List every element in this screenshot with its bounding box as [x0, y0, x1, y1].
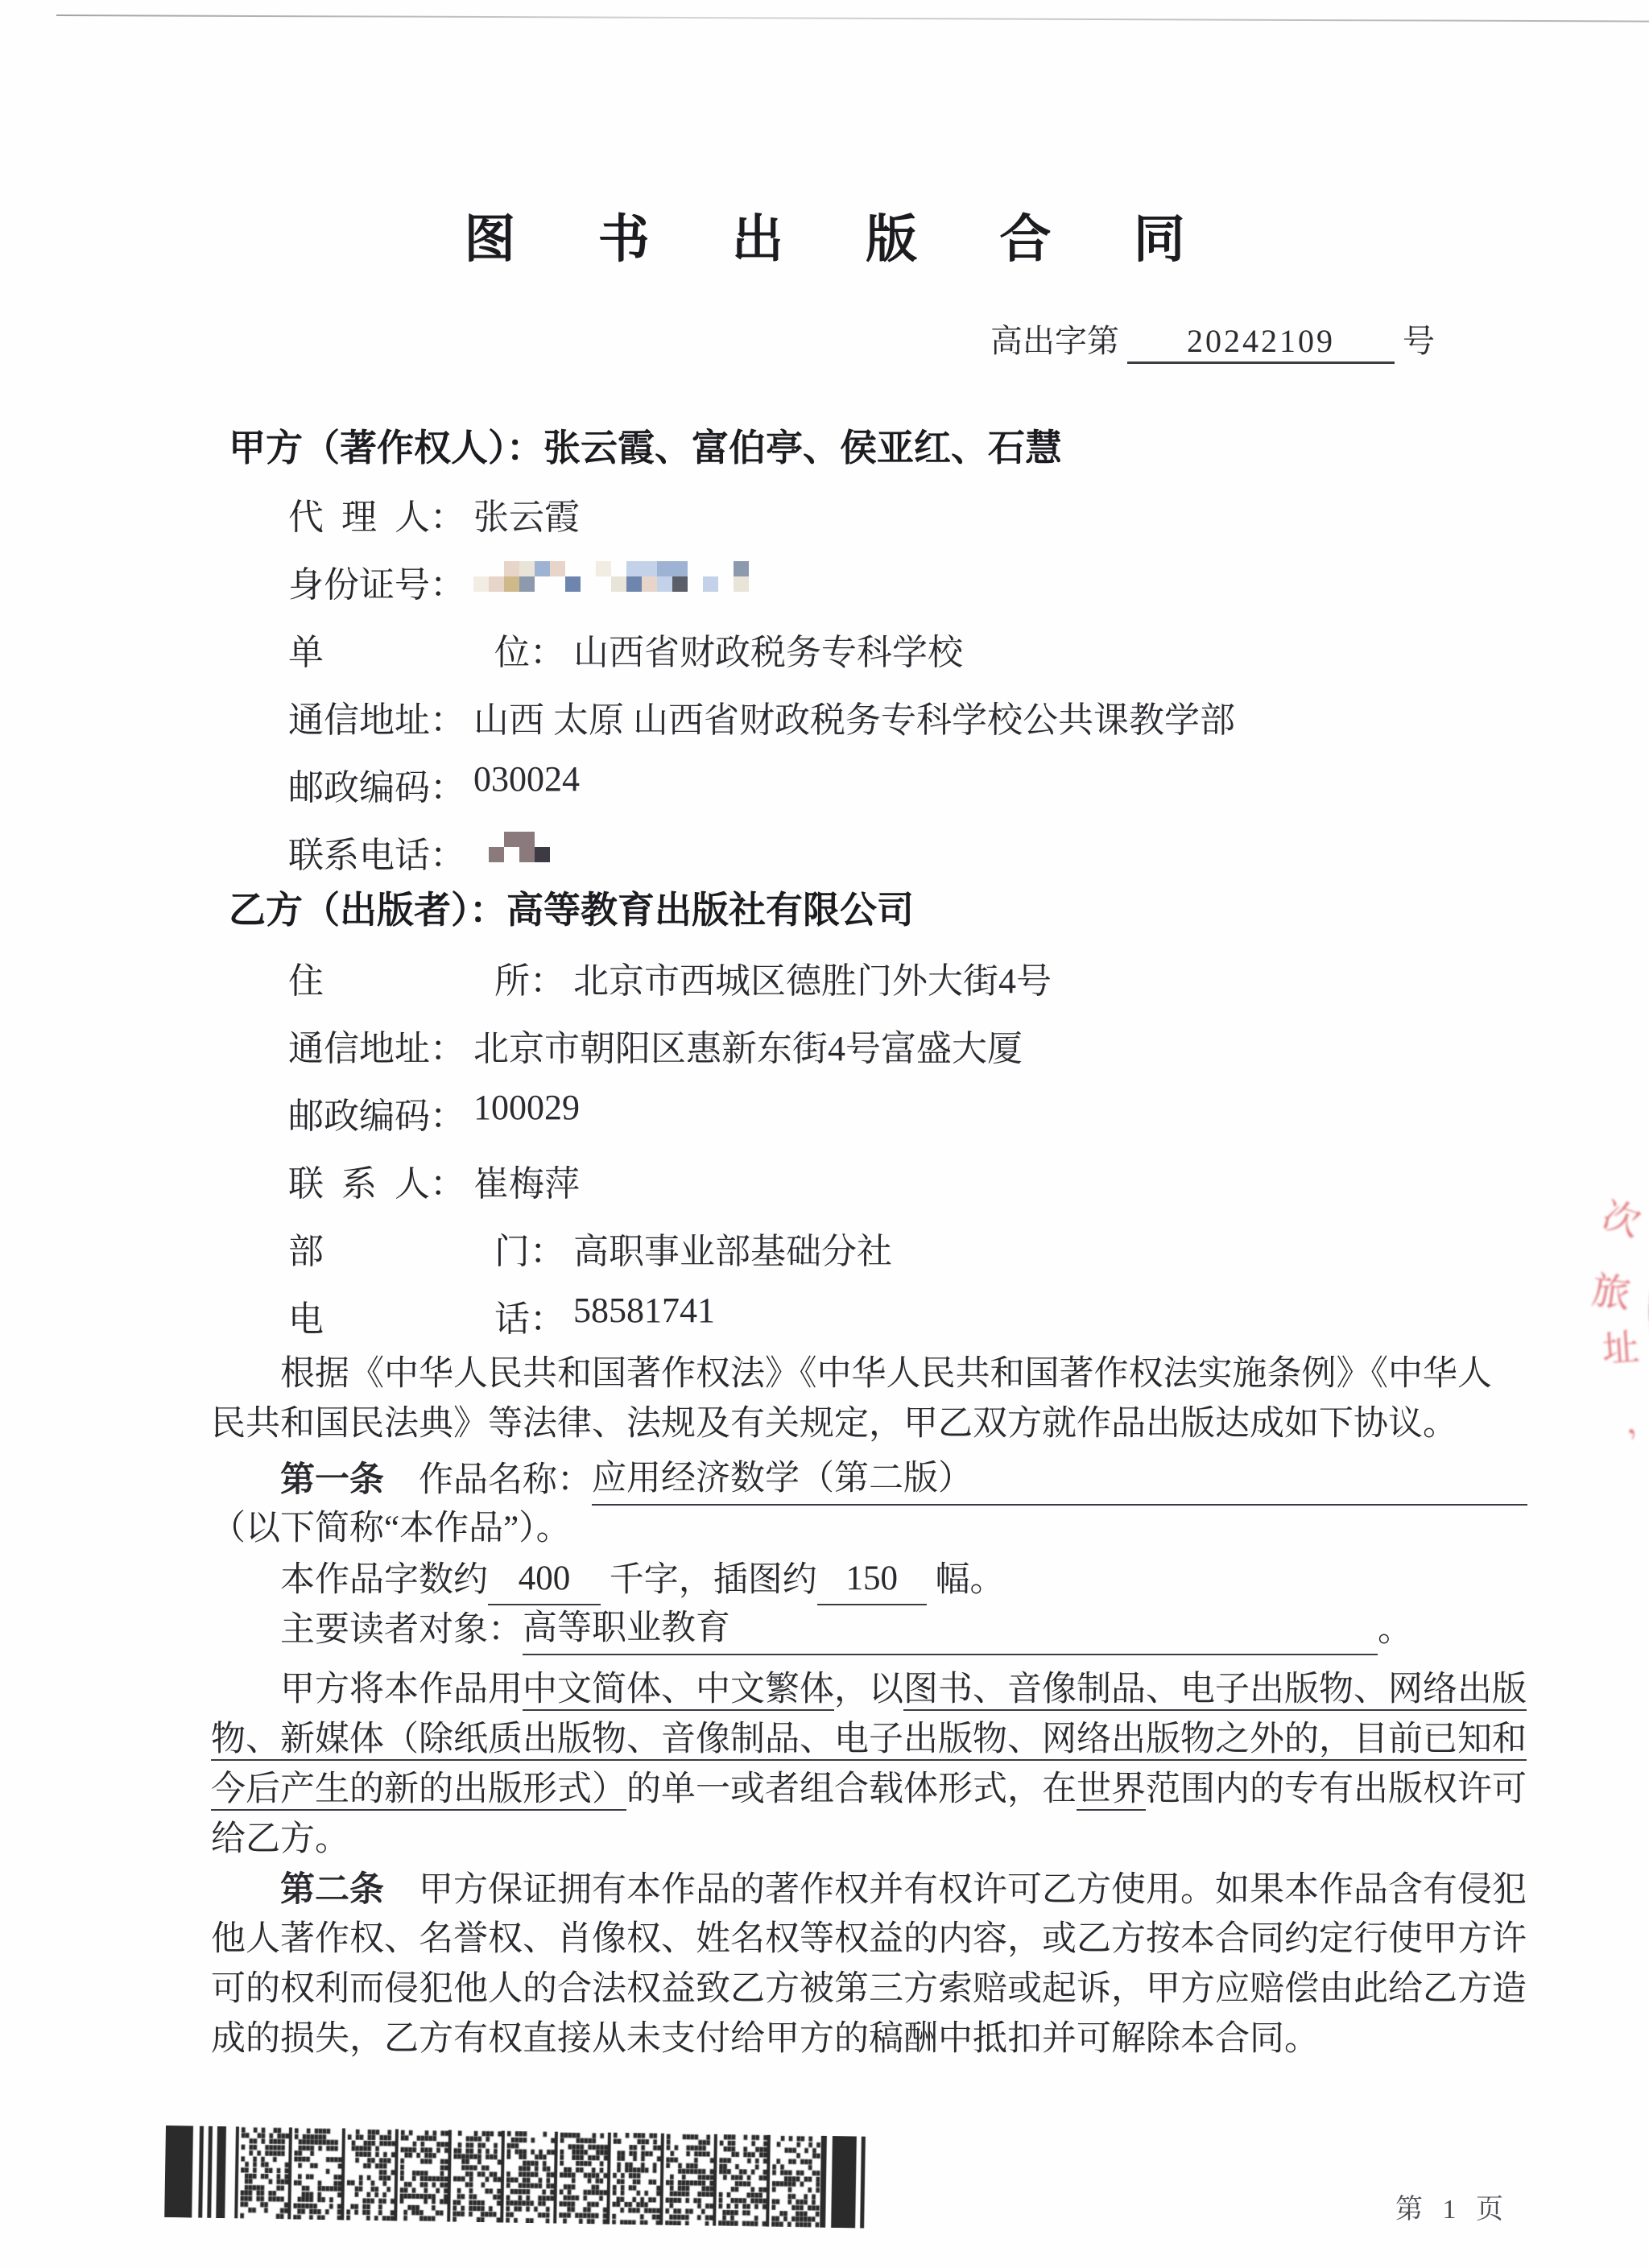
text-line: 本作品字数约400 千字，插图约150 幅。: [211, 1554, 1527, 1604]
clause-2: 第二条 甲方保证拥有本作品的著作权并有权许可乙方使用。如果本作品含有侵犯他人著作…: [211, 1865, 1527, 2064]
text-line: 主要读者对象：高等职业教育。: [211, 1604, 1527, 1654]
field-row: 单位：山西省财政税务专科学校: [288, 623, 1496, 691]
contract-page: 图 书 出 版 合 同 高出字第 20242109 号 甲方（著作权人）：张云霞…: [0, 0, 1649, 2268]
text-segment: 范围内的专有出版权许可: [1146, 1770, 1527, 1808]
party-a-header: 甲方（著作权人）：张云霞、富伯亭、侯亚红、石慧: [229, 419, 1062, 472]
text-segment: 的单一或者组合载体形式，在: [626, 1770, 1077, 1808]
text-segment: 成的损失，乙方有权直接从未支付给甲方的稿酬中抵扣并可解除本合同。: [211, 2020, 1319, 2058]
field-row: 部门：高职事业部基础分社: [288, 1222, 1496, 1290]
text-line: 民共和国民法典》等法律、法规及有关规定，甲乙双方就作品出版达成如下协议。: [211, 1399, 1492, 1449]
text-line: 今后产生的新的出版形式）的单一或者组合载体形式，在世界范围内的专有出版权许可: [211, 1765, 1527, 1815]
field-row: 邮政编码：030024: [288, 758, 1496, 826]
field-label: 住所: [288, 952, 530, 1003]
field-row: 联系人：崔梅萍: [288, 1155, 1496, 1222]
underlined-text: 物、新媒体（除纸质出版物、音像制品、电子出版物、网络出版物之外的，目前已知和: [211, 1721, 1527, 1761]
text-segment: 甲方将本作品用: [280, 1671, 523, 1708]
field-label: 邮政编码: [288, 758, 430, 810]
field-value: 山西 太原 山西省财政税务专科学校公共课教学部: [473, 691, 1235, 742]
page-number: 第 1 页: [1395, 2187, 1510, 2226]
field-colon: ：: [430, 1087, 465, 1138]
field-label: 代理人: [288, 488, 430, 539]
text-line: （以下简称“本作品”）。: [211, 1504, 1527, 1554]
svg-text:次: 次: [1597, 1192, 1646, 1246]
underlined-text: 图书、音像制品、电子出版物、网络出版: [903, 1671, 1527, 1711]
field-row: 代理人：张云霞: [288, 488, 1496, 556]
field-colon: ：: [430, 758, 465, 810]
field-label: 通信地址: [288, 1019, 430, 1071]
underlined-text: 世界: [1077, 1770, 1146, 1811]
redacted-mosaic-id: [473, 561, 764, 592]
field-label: 联系电话: [288, 826, 430, 878]
field-colon: ：: [430, 1155, 465, 1206]
field-value: 高职事业部基础分社: [573, 1222, 892, 1274]
field-value: 030024: [473, 758, 580, 799]
underlined-text: 今后产生的新的出版形式）: [211, 1770, 626, 1811]
text-line: 物、新媒体（除纸质出版物、音像制品、电子出版物、网络出版物之外的，目前已知和: [211, 1715, 1527, 1765]
contract-number-suffix: 号: [1403, 323, 1435, 359]
text-segment: ，以: [834, 1671, 903, 1708]
redacted-mosaic-phone: [473, 832, 550, 862]
text-segment: 给乙方。: [211, 1820, 349, 1858]
text-segment: 他人著作权、名誉权、肖像权、姓名权等权益的内容，或乙方按本合同约定行使甲方许: [211, 1920, 1527, 1958]
field-row: 通信地址：北京市朝阳区惠新东街4号富盛大厦: [288, 1019, 1496, 1087]
document-title: 图 书 出 版 合 同: [0, 198, 1649, 272]
field-colon: ：: [430, 826, 465, 878]
field-colon: ：: [430, 556, 465, 607]
contract-number-prefix: 高出字第: [990, 323, 1119, 359]
field-label: 电话: [288, 1290, 530, 1341]
party-a-fields: 代理人：张云霞身份证号：单位：山西省财政税务专科学校通信地址：山西 太原 山西省…: [288, 488, 1496, 894]
field-row: 电话：58581741: [288, 1290, 1496, 1357]
field-value: [473, 556, 764, 597]
field-label: 通信地址: [288, 691, 430, 742]
field-row: 通信地址：山西 太原 山西省财政税务专科学校公共课教学部: [288, 691, 1496, 758]
scan-artifact-line: [56, 14, 1649, 23]
field-value: 张云霞: [473, 488, 580, 539]
text-segment: 作品名称：: [384, 1461, 592, 1499]
underlined-text: 高等职业教育: [523, 1604, 1378, 1655]
field-value: [473, 826, 550, 867]
field-label: 部门: [288, 1222, 530, 1274]
field-colon: ：: [430, 1019, 465, 1071]
field-row: 身份证号：: [288, 556, 1496, 623]
text-segment: （以下简称“本作品”）。: [211, 1510, 571, 1547]
underlined-text: 中文简体、中文繁体: [523, 1671, 834, 1711]
contract-number-value: 20242109: [1127, 322, 1395, 364]
field-colon: ：: [530, 952, 565, 1003]
field-colon: ：: [530, 1290, 565, 1341]
text-line: 甲方将本作品用中文简体、中文繁体，以图书、音像制品、电子出版物、网络出版: [211, 1665, 1527, 1715]
field-label: 单位: [288, 623, 530, 675]
text-segment: 幅。: [927, 1561, 1005, 1599]
clause-1: 第一条 作品名称：应用经济数学（第二版）（以下简称“本作品”）。本作品字数约40…: [211, 1454, 1527, 1654]
text-line: 给乙方。: [211, 1815, 1527, 1865]
field-label: 邮政编码: [288, 1087, 430, 1138]
barcode: [164, 2125, 868, 2233]
field-value: 58581741: [573, 1290, 715, 1331]
field-value: 北京市朝阳区惠新东街4号富盛大厦: [473, 1019, 1023, 1071]
text-segment: 第一条: [280, 1460, 384, 1500]
field-colon: ：: [430, 488, 465, 539]
red-stamp-partial: 次 旅 址 ，: [1558, 1151, 1649, 1489]
field-colon: ：: [530, 623, 565, 675]
field-row: 邮政编码：100029: [288, 1087, 1496, 1155]
field-colon: ：: [530, 1222, 565, 1274]
text-segment: 民共和国民法典》等法律、法规及有关规定，甲乙双方就作品出版达成如下协议。: [211, 1405, 1457, 1443]
field-label: 身份证号: [288, 556, 430, 607]
text-line: 成的损失，乙方有权直接从未支付给甲方的稿酬中抵扣并可解除本合同。: [211, 2014, 1527, 2064]
text-segment: 第二条: [280, 1869, 384, 1910]
contract-number-line: 高出字第 20242109 号: [990, 316, 1435, 364]
text-line: 可的权利而侵犯他人的合法权益致乙方被第三方索赔或起诉，甲方应赔偿由此给乙方造: [211, 1964, 1527, 2014]
party-b-fields: 住所：北京市西城区德胜门外大街4号通信地址：北京市朝阳区惠新东街4号富盛大厦邮政…: [288, 952, 1496, 1357]
underlined-text: 400: [488, 1554, 601, 1605]
license-scope-paragraph: 甲方将本作品用中文简体、中文繁体，以图书、音像制品、电子出版物、网络出版物、新媒…: [211, 1665, 1527, 1865]
party-b-header: 乙方（出版者）：高等教育出版社有限公司: [229, 881, 914, 934]
svg-text:，: ，: [1617, 1396, 1649, 1443]
text-segment: 根据《中华人民共和国著作权法》《中华人民共和国著作权法实施条例》《中华人: [280, 1355, 1492, 1393]
text-line: 根据《中华人民共和国著作权法》《中华人民共和国著作权法实施条例》《中华人: [211, 1349, 1492, 1399]
field-value: 崔梅萍: [473, 1155, 580, 1206]
text-line: 第一条 作品名称：应用经济数学（第二版）: [211, 1454, 1527, 1504]
text-segment: 可的权利而侵犯他人的合法权益致乙方被第三方索赔或起诉，甲方应赔偿由此给乙方造: [211, 1970, 1527, 2008]
field-value: 山西省财政税务专科学校: [573, 623, 963, 675]
field-value: 北京市西城区德胜门外大街4号: [573, 952, 1052, 1003]
preamble-paragraph: 根据《中华人民共和国著作权法》《中华人民共和国著作权法实施条例》《中华人民共和国…: [211, 1349, 1492, 1449]
svg-text:旅: 旅: [1589, 1267, 1633, 1317]
pdf417-barcode-canvas: [164, 2125, 868, 2229]
text-line: 他人著作权、名誉权、肖像权、姓名权等权益的内容，或乙方按本合同约定行使甲方许: [211, 1915, 1527, 1964]
field-colon: ：: [430, 691, 465, 742]
underlined-text: 150: [817, 1554, 927, 1605]
field-value: 100029: [473, 1087, 580, 1128]
field-label: 联系人: [288, 1155, 430, 1206]
text-segment: 千字，插图约: [601, 1561, 817, 1599]
text-segment: 主要读者对象：: [280, 1611, 523, 1649]
svg-text:址: 址: [1601, 1325, 1641, 1371]
field-row: 住所：北京市西城区德胜门外大街4号: [288, 952, 1496, 1019]
text-segment: 本作品字数约: [280, 1561, 488, 1599]
text-line: 第二条 甲方保证拥有本作品的著作权并有权许可乙方使用。如果本作品含有侵犯: [211, 1865, 1527, 1915]
text-segment: 甲方保证拥有本作品的著作权并有权许可乙方使用。如果本作品含有侵犯: [384, 1871, 1527, 1909]
text-segment: 。: [1378, 1611, 1412, 1649]
underlined-text: 应用经济数学（第二版）: [592, 1454, 1527, 1506]
